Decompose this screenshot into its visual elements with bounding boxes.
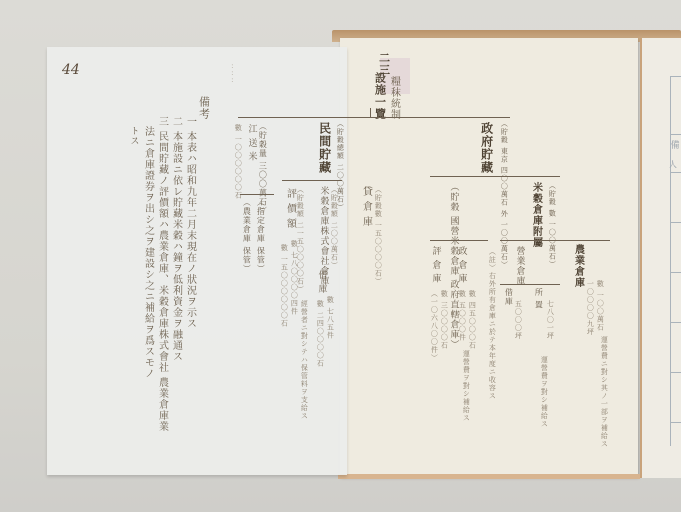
node-business-warehouse: 營業倉庫 — [514, 246, 523, 286]
detail: 數 二四〇〇〇〇石 — [316, 300, 323, 367]
detail: （貯穀額 二〇〇萬石） — [330, 186, 337, 269]
branch-government-note: （貯穀 東京 四〇〇萬石 外 一〇〇萬石） — [500, 120, 507, 269]
detail: 數 一〇〇萬石 — [596, 280, 603, 331]
node-shipping-rice: 江 送 米 — [246, 124, 255, 162]
detail: 一〇〇〇〇九坪 — [586, 280, 593, 336]
notes-heading: 備考 — [198, 96, 210, 120]
note-item: 三 民間貯藏ノ評價額ハ農業倉庫、米穀倉庫株式會社 農業倉庫業 — [156, 116, 167, 436]
tree-root-line-overlay — [238, 117, 348, 118]
branch-private-storage: 民間貯藏 — [318, 122, 331, 174]
book-page-edge — [338, 474, 640, 479]
government-sub-line — [430, 176, 560, 177]
right-page-cell: 備 — [668, 140, 677, 150]
faint-mark: ：：： — [226, 64, 232, 85]
detail: 數 七八五件 — [326, 296, 333, 339]
detail: （一〇六八〇〇件） — [430, 290, 437, 362]
right-page-cell: 人 — [668, 160, 676, 169]
detail: 數 五〇〇〇件 — [458, 290, 465, 341]
right-page-table — [670, 76, 681, 446]
detail: （指定倉庫 保管） — [256, 198, 264, 274]
branch-government-storage: 政府貯藏 — [480, 122, 493, 174]
state-sub-line — [430, 240, 488, 241]
detail: 運營費ニ對シ其ノ一部ヲ補給ス — [600, 336, 607, 448]
node-rented-warehouse: 借 庫 — [316, 270, 325, 294]
node-owned: 所 置 — [534, 288, 542, 310]
page-number: 44 — [62, 62, 80, 78]
note-item: トス — [128, 126, 137, 146]
node-valuation: 評 價 額 — [284, 188, 295, 229]
detail: 數 一〇〇〇〇〇〇石 — [234, 124, 241, 199]
node-lend-warehouse: 貸 倉 庫 — [360, 186, 371, 227]
detail: 數 七八〇〇〇〇四件 — [290, 240, 297, 315]
detail: 運營費ヲ對シ補給ス — [462, 350, 469, 422]
document-title-part: 糧秣統制 — [388, 76, 399, 120]
document-title: 設施一覽 — [374, 72, 386, 120]
detail: 數 四五〇〇〇石 — [468, 290, 475, 349]
note-item: 一 本表ハ昭和九年二月末現在ノ狀況ヲ示ス — [184, 116, 195, 416]
detail: 經營者ニ對シテハ保管料ヲ支給ス — [300, 300, 307, 450]
tree-root-stem — [370, 108, 371, 117]
note-item: 二 本施設ニ依レ貯藏米穀ハ鐘ヲ低利資金ヲ融通ス — [170, 116, 181, 416]
detail: 數 三〇〇〇〇石 — [440, 290, 447, 349]
shipping-sub-line — [240, 194, 274, 195]
node-rice-warehouse-note: （貯穀 數 一〇〇萬石） — [548, 182, 555, 268]
detail: 五〇〇〇坪 — [514, 300, 521, 340]
node-rice-warehouse: 米穀倉庫附屬 — [530, 182, 541, 248]
node-lease: 借庫 — [504, 288, 512, 306]
detail: 運營費ヲ對シ補給ス — [540, 356, 547, 428]
note-item: 法ニ倉庫證券ヲ出シ之ヲ建設シ之ニ補給ヲ爲スモノ — [142, 126, 153, 426]
node-gov-warehouse: 政 倉 庫 — [456, 246, 465, 284]
node-eval-warehouse: 評 倉 庫 — [430, 246, 439, 284]
private-sub-line — [282, 180, 342, 181]
note-footnote: （註）右外所有倉庫ニ於テ本年度ニ收容ス — [488, 248, 495, 400]
detail: （農業倉庫 保管） — [242, 198, 250, 274]
detail: 七八〇一坪 — [546, 300, 553, 340]
detail: 數 一五〇〇〇〇〇〇石 — [280, 244, 287, 327]
business-sub-line — [500, 284, 560, 285]
rice-sub-line — [500, 240, 610, 241]
node-agri-warehouse: 農業倉庫 — [572, 244, 583, 288]
detail: （貯穀數 一五〇〇〇〇石） — [374, 186, 381, 285]
